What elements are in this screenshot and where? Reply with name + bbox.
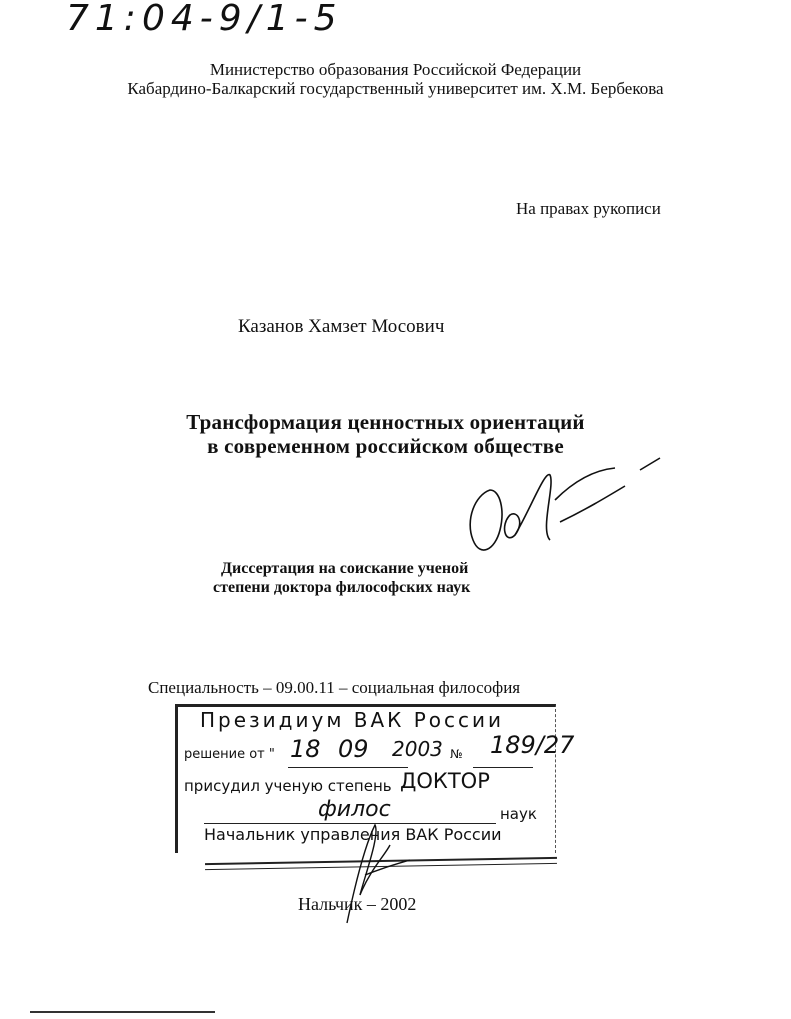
stamp-decision-month: 09 [338, 735, 369, 763]
stamp-degree: ДОКТОР [400, 769, 490, 793]
stamp-awarded-label: присудил ученую степень [184, 777, 392, 795]
university-name: Кабардино-Балкарский государственный уни… [0, 79, 791, 99]
stamp-heading: Президиум ВАК России [200, 708, 504, 732]
stamp-decision-year: 2003 [392, 737, 443, 761]
author-name: Казанов Хамзет Мосович [238, 316, 444, 338]
specialty: Специальность – 09.00.11 – социальная фи… [148, 678, 520, 698]
stamp-number-value: 189/27 [490, 731, 574, 759]
ministry-name: Министерство образования Российской Феде… [0, 60, 791, 80]
stamp-decision-label: решение от " [184, 747, 275, 762]
degree-line1: Диссертация на соискание ученой [221, 560, 468, 578]
stamp-decision-day: 18 [290, 735, 321, 763]
author-signature [455, 440, 675, 570]
place-year: Нальчик – 2002 [298, 894, 416, 915]
dissertation-title-line1: Трансформация ценностных ориентаций [0, 410, 781, 435]
scan-edge-line [30, 1011, 215, 1013]
stamp-science-label: наук [500, 805, 537, 823]
degree-line2: степени доктора философских наук [213, 579, 470, 597]
manuscript-note: На правах рукописи [516, 199, 661, 219]
archive-code: 71:04-9/1-5 [66, 0, 343, 39]
stamp-number-label: № [450, 747, 462, 761]
